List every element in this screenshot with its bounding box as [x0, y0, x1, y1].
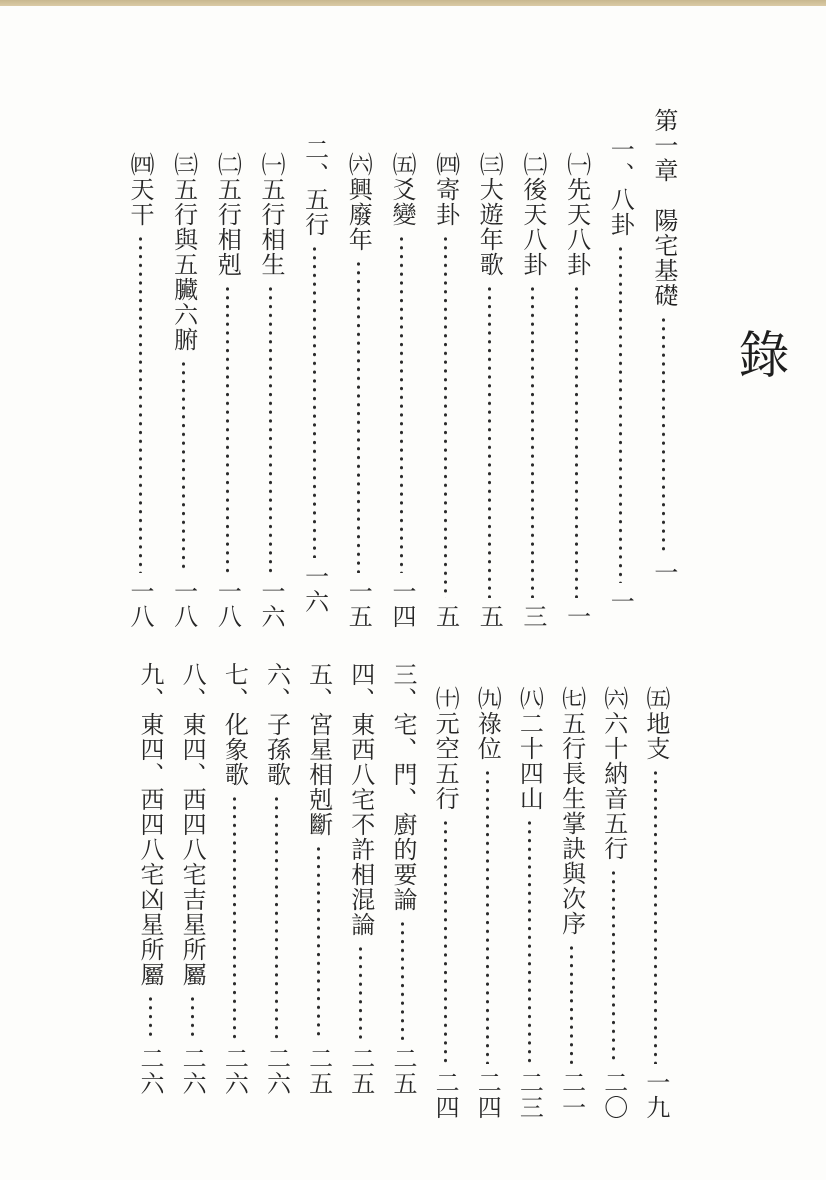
toc-title: 目 錄 [733, 328, 826, 379]
dotted-leader [182, 360, 185, 573]
toc-entry: ㈢五行與五臟六腑一八 [170, 106, 198, 629]
toc-entry: ㈦五行長生掌訣與次序二一 [558, 659, 586, 1120]
page-top-edge-strip [0, 0, 826, 6]
toc-title-char-lu: 錄 [733, 328, 784, 379]
toc-entry-page-number: 一 [606, 589, 634, 614]
toc-entry-label: 八、東四、西四八宅吉星所屬 [178, 662, 206, 987]
toc-entry-label: 九、東四、西四八宅凶星所屬 [136, 662, 164, 987]
toc-entry-page-number: 一 [650, 560, 678, 585]
dotted-leader [486, 769, 489, 1064]
toc-entry-page-number: 二一 [558, 1070, 586, 1120]
dotted-leader [488, 285, 491, 598]
dotted-leader [401, 920, 404, 1040]
toc-entry: ㈥興廢年一五 [344, 106, 372, 629]
toc-entry-label: ㈧二十四山 [515, 686, 543, 811]
toc-entry-page-number: 五 [432, 604, 460, 629]
toc-entry-page-number: 五 [475, 604, 503, 629]
toc-entry: ㈧二十四山二三 [515, 659, 543, 1120]
toc-entry-page-number: 二五 [347, 1046, 375, 1096]
toc-entry-page-number: 一八 [170, 579, 198, 629]
toc-entry-page-number: 一五 [344, 579, 372, 629]
toc-entry-label: 二、五行 [301, 137, 329, 237]
toc-entry-page-number: 三 [519, 604, 547, 629]
dotted-leader [619, 245, 622, 583]
toc-entry-label: ㈤爻變 [388, 152, 416, 227]
dotted-leader [654, 769, 657, 1064]
toc-entry: ㈨祿位二四 [473, 659, 501, 1120]
toc-entry: 五、宮星相剋斷二五 [305, 659, 333, 1096]
toc-entry-page-number: 一六 [301, 564, 329, 614]
toc-entry-label: 三、宅、門、廚的要論 [389, 662, 417, 912]
toc-entry-page-number: 二六 [262, 1046, 290, 1096]
toc-entry-page-number: 一六 [257, 579, 285, 629]
toc-entry: ㈣天干一八 [126, 106, 154, 629]
dotted-leader [444, 235, 447, 598]
toc-entry-page-number: 二六 [178, 1046, 206, 1096]
toc-entry-label: 一、八卦 [606, 137, 634, 237]
dotted-leader [662, 316, 665, 554]
toc-entry-page-number: 一 [563, 604, 591, 629]
toc-entry-label: 七、化象歌 [220, 662, 248, 787]
toc-entry-label: ㈡後天八卦 [519, 152, 547, 277]
dotted-leader [226, 285, 229, 573]
toc-entry: 二、五行一六 [301, 106, 329, 614]
toc-entry: 六、子孫歌二六 [262, 659, 290, 1096]
dotted-leader [528, 819, 531, 1064]
toc-entry: 九、東四、西四八宅凶星所屬二六 [136, 659, 164, 1096]
toc-entry-label: ㈣天干 [126, 152, 154, 227]
toc-entry-label: ㈨祿位 [473, 686, 501, 761]
dotted-leader [531, 285, 534, 598]
toc-entry-page-number: 一八 [213, 579, 241, 629]
dotted-leader [233, 795, 236, 1040]
toc-entry-label: ㈥六十納音五行 [600, 686, 628, 861]
dotted-leader [444, 819, 447, 1064]
dotted-leader [570, 944, 573, 1064]
toc-entry: 一、八卦一 [606, 106, 634, 614]
toc-entry-label: ㈡五行相剋 [213, 152, 241, 277]
toc-entry: ㈢大遊年歌五 [475, 106, 503, 629]
dotted-leader [191, 995, 194, 1040]
toc-entry-label: ㈣寄卦 [432, 152, 460, 227]
toc-entry: ㈩元空五行二四 [431, 659, 459, 1120]
toc-entry-label: 五、宮星相剋斷 [305, 662, 333, 837]
toc-entry-label: ㈤地支 [642, 686, 670, 761]
dotted-leader [612, 869, 615, 1064]
dotted-leader [400, 235, 403, 573]
toc-entry: 第一章 陽宅基礎一 [650, 106, 678, 585]
toc-entry: ㈣寄卦五 [432, 106, 460, 629]
toc-entry-label: ㈩元空五行 [431, 686, 459, 811]
toc-section-lower: ㈤地支一九㈥六十納音五行二〇㈦五行長生掌訣與次序二一㈧二十四山二三㈨祿位二四㈩元… [136, 659, 670, 1093]
toc-entry-label: ㈢五行與五臟六腑 [170, 152, 198, 352]
toc-entry: ㈤爻變一四 [388, 106, 416, 629]
toc-entry: 三、宅、門、廚的要論二五 [389, 659, 417, 1096]
toc-entry-label: ㈠五行相生 [257, 152, 285, 277]
dotted-leader [275, 795, 278, 1040]
toc-entry-label: 四、東西八宅不許相混論 [347, 662, 375, 937]
dotted-leader [575, 285, 578, 598]
dotted-leader [149, 995, 152, 1040]
toc-entry-label: ㈠先天八卦 [563, 152, 591, 277]
toc-entry: ㈠先天八卦一 [563, 106, 591, 629]
toc-entry: ㈥六十納音五行二〇 [600, 659, 628, 1120]
dotted-leader [359, 945, 362, 1040]
toc-entry-page-number: 二三 [515, 1070, 543, 1120]
dotted-leader [317, 845, 320, 1040]
toc-entry: 八、東四、西四八宅吉星所屬二六 [178, 659, 206, 1096]
toc-entry-page-number: 二〇 [600, 1070, 628, 1120]
toc-entry-label: ㈦五行長生掌訣與次序 [558, 686, 586, 936]
dotted-leader [139, 235, 142, 573]
toc-entry: ㈠五行相生一六 [257, 106, 285, 629]
toc-entry-page-number: 二四 [473, 1070, 501, 1120]
toc-entry-page-number: 一八 [126, 579, 154, 629]
dotted-leader [269, 285, 272, 573]
toc-entry: ㈡五行相剋一八 [213, 106, 241, 629]
toc-entry-page-number: 二四 [431, 1070, 459, 1120]
toc-entry-page-number: 二五 [305, 1046, 333, 1096]
dotted-leader [313, 245, 316, 558]
toc-entry-label: ㈢大遊年歌 [475, 152, 503, 277]
toc-entry-label: 第一章 陽宅基礎 [650, 108, 678, 308]
toc-entry: 七、化象歌二六 [220, 659, 248, 1096]
toc-entry-page-number: 一四 [388, 579, 416, 629]
toc-entry-label: 六、子孫歌 [262, 662, 290, 787]
toc-entry-label: ㈥興廢年 [344, 152, 372, 252]
toc-entry: ㈤地支一九 [642, 659, 670, 1120]
dotted-leader [357, 260, 360, 573]
toc-section-upper: 第一章 陽宅基礎一一、八卦一㈠先天八卦一㈡後天八卦三㈢大遊年歌五㈣寄卦五㈤爻變一… [126, 106, 678, 583]
toc-entry-page-number: 一九 [642, 1070, 670, 1120]
toc-entry-page-number: 二六 [136, 1046, 164, 1096]
toc-entry-page-number: 二六 [220, 1046, 248, 1096]
toc-entry: 四、東西八宅不許相混論二五 [347, 659, 375, 1096]
toc-entry-page-number: 二五 [389, 1046, 417, 1096]
toc-entry: ㈡後天八卦三 [519, 106, 547, 629]
